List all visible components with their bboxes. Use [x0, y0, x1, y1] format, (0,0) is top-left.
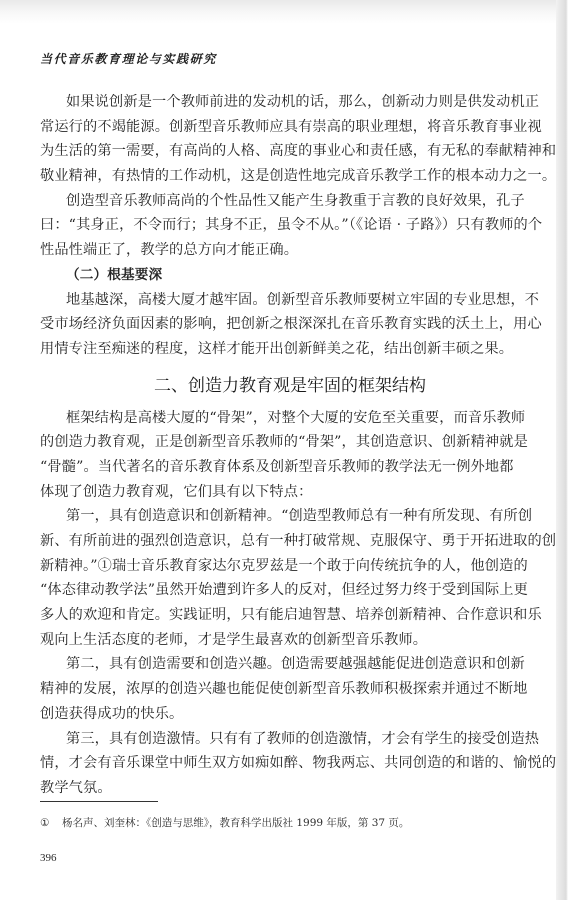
- paragraph-line: 用情专注至痴迷的程度，这样才能开出创新鲜美之花，结出创新丰硕之果。: [40, 337, 540, 362]
- body-text: 如果说创新是一个教师前进的发动机的话，那么，创新动力则是供发动机正 常运行的不竭…: [40, 90, 540, 801]
- page-edge-shadow: [556, 0, 588, 900]
- paragraph-line: 新、有所前进的强烈创造意识，总有一种打破常规、克服保守、勇于开拓进取的创: [40, 529, 540, 554]
- paragraph-line: 体现了创造力教育观，它们具有以下特点：: [40, 480, 540, 505]
- paragraph-line: 精神的发展，浓厚的创造兴趣也能促使创新型音乐教师积极探索并通过不断地: [40, 677, 540, 702]
- paragraph-line: 观向上生活态度的老师，才是学生最喜欢的创新型音乐教师。: [40, 628, 540, 653]
- paragraph-line: 情，才会有音乐课堂中师生双方如痴如醉、物我两忘、共同创造的和谐的、愉悦的: [40, 751, 540, 776]
- footnote-divider: [40, 801, 158, 802]
- paragraph-line: 为生活的第一需要，有高尚的人格、高度的事业心和责任感，有无私的奉献精神和: [40, 139, 540, 164]
- page-number: 396: [40, 852, 57, 864]
- footnote-marker: ①: [40, 817, 62, 829]
- paragraph-line: “骨髓”。当代著名的音乐教育体系及创新型音乐教师的教学法无一例外地都: [40, 455, 540, 480]
- paragraph-line: 受市场经济负面因素的影响，把创新之根深深扎在音乐教育实践的沃土上，用心: [40, 312, 540, 337]
- footnote-text: 杨名声、刘奎林：《创造与思维》，教育科学出版社 1999 年版，第 37 页。: [62, 817, 409, 829]
- paragraph-line: 第三，具有创造激情。只有有了教师的创造激情，才会有学生的接受创造热: [40, 727, 540, 752]
- paragraph-line: 曰：“其身正，不令而行；其身不正，虽令不从。”（《论语 · 子路》）只有教师的个: [40, 213, 540, 238]
- paragraph-line: 性品性端正了，教学的总方向才能正确。: [40, 238, 540, 263]
- paragraph-line: 的创造力教育观，正是创新型音乐教师的“骨架”，其创造意识、创新精神就是: [40, 430, 540, 455]
- paragraph-line: 第一，具有创造意识和创新精神。“创造型教师总有一种有所发现、有所创: [40, 504, 540, 529]
- paragraph-line: 地基越深，高楼大厦才越牢固。创新型音乐教师要树立牢固的专业思想，不: [40, 288, 540, 313]
- paragraph-line: 创造获得成功的快乐。: [40, 702, 540, 727]
- paragraph-line: 框架结构是高楼大厦的“骨架”，对整个大厦的安危至关重要，而音乐教师: [40, 406, 540, 431]
- paragraph-line: 敬业精神，有热情的工作动机，这是创造性地完成音乐教学工作的根本动力之一。: [40, 164, 540, 189]
- book-page: 当代音乐教育理论与实践研究 如果说创新是一个教师前进的发动机的话，那么，创新动力…: [0, 0, 556, 900]
- footnote: ①杨名声、刘奎林：《创造与思维》，教育科学出版社 1999 年版，第 37 页。: [40, 815, 409, 830]
- paragraph-line: 新精神。”①瑞士音乐教育家达尔克罗兹是一个敢于向传统抗争的人，他创造的: [40, 554, 540, 579]
- running-header: 当代音乐教育理论与实践研究: [40, 50, 217, 67]
- section-heading: 二、创造力教育观是牢固的框架结构: [40, 366, 540, 406]
- paragraph-line: 多人的欢迎和肯定。实践证明，只有能启迪智慧、培养创新精神、合作意识和乐: [40, 603, 540, 628]
- paragraph-line: 如果说创新是一个教师前进的发动机的话，那么，创新动力则是供发动机正: [40, 90, 540, 115]
- paragraph-line: 创造型音乐教师高尚的个性品性又能产生身教重于言教的良好效果，孔子: [40, 189, 540, 214]
- paragraph-line: 常运行的不竭能源。创新型音乐教师应具有崇高的职业理想，将音乐教育事业视: [40, 115, 540, 140]
- paragraph-line: 第二，具有创造需要和创造兴趣。创造需要越强越能促进创造意识和创新: [40, 652, 540, 677]
- paragraph-line: “体态律动教学法”虽然开始遭到许多人的反对，但经过努力终于受到国际上更: [40, 578, 540, 603]
- subsection-heading: （二）根基要深: [40, 263, 540, 288]
- paragraph-line: 教学气氛。: [40, 776, 540, 801]
